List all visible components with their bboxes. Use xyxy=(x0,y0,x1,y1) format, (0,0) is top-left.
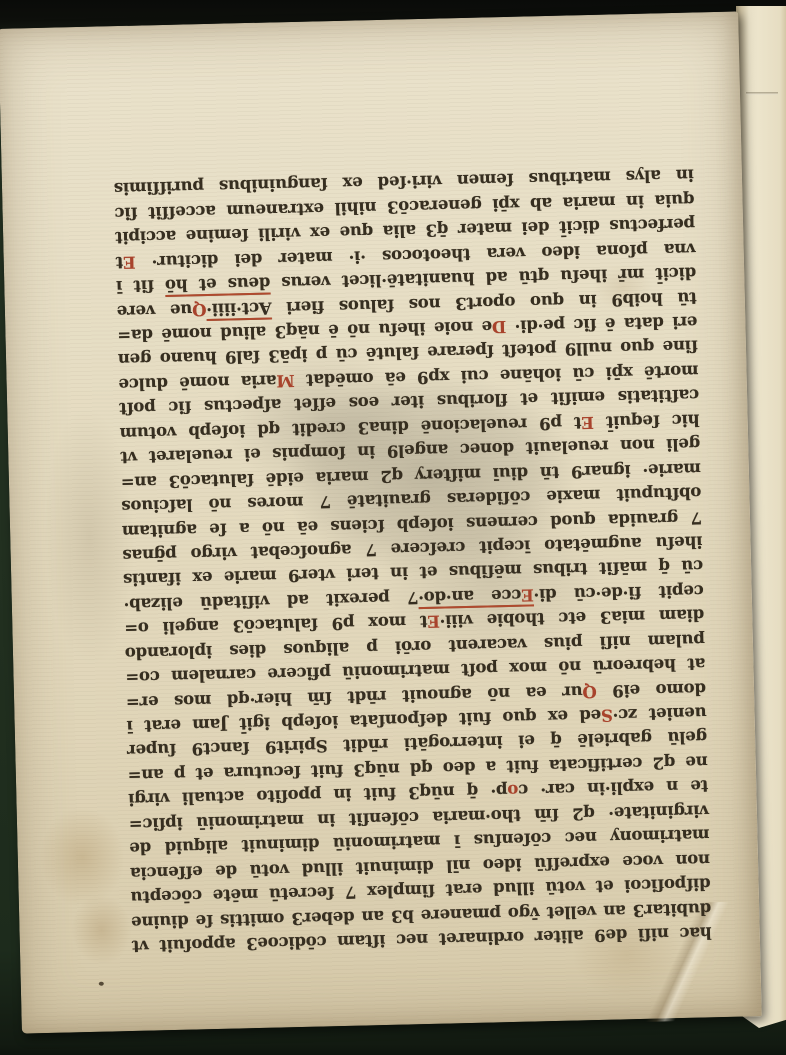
rubricated-letter: E xyxy=(581,413,594,432)
red-underlined-phrase: Act·iiii· xyxy=(206,298,272,319)
rubricated-letter: D xyxy=(492,317,507,336)
text-segment: domo ei9 xyxy=(597,679,707,701)
ink-speck xyxy=(99,982,104,986)
rubricated-letter: M xyxy=(276,371,295,390)
manuscript-page: hac niſi de9 aliter ordinaret nec iſtam … xyxy=(0,11,762,1033)
text-segment: ſit ī xyxy=(116,276,165,296)
rubricated-letter: o xyxy=(507,781,518,800)
red-underlined-phrase: cce an·do· xyxy=(418,586,521,607)
paper-stain xyxy=(39,806,126,908)
book-scan-scene: hac niſi de9 aliter ordinaret nec iſtam … xyxy=(0,0,786,1055)
text-block: hac niſi de9 aliter ordinaret nec iſtam … xyxy=(114,159,712,956)
leaf-edge-notch xyxy=(746,92,778,95)
rubricated-letter: E xyxy=(521,585,534,604)
rubricated-letter: E xyxy=(123,252,136,271)
red-underlined-phrase: deus et hō xyxy=(165,274,271,295)
rubricated-letter: Q xyxy=(192,300,207,319)
text-segment: hic ſequit̄ xyxy=(594,410,700,431)
rubricated-letter: Q xyxy=(582,682,597,701)
text-segment: t xyxy=(116,253,124,272)
rubricated-letter: E xyxy=(427,612,440,631)
text-segment: aria nomē dulce xyxy=(118,371,276,394)
rubricated-letter: S xyxy=(601,706,613,725)
text-segment: ueniet zc· xyxy=(613,703,707,724)
text-segment: cepit fi·de·cū di· xyxy=(533,581,703,604)
paper-stain xyxy=(71,894,133,965)
text-segment: ue vere xyxy=(117,300,193,321)
